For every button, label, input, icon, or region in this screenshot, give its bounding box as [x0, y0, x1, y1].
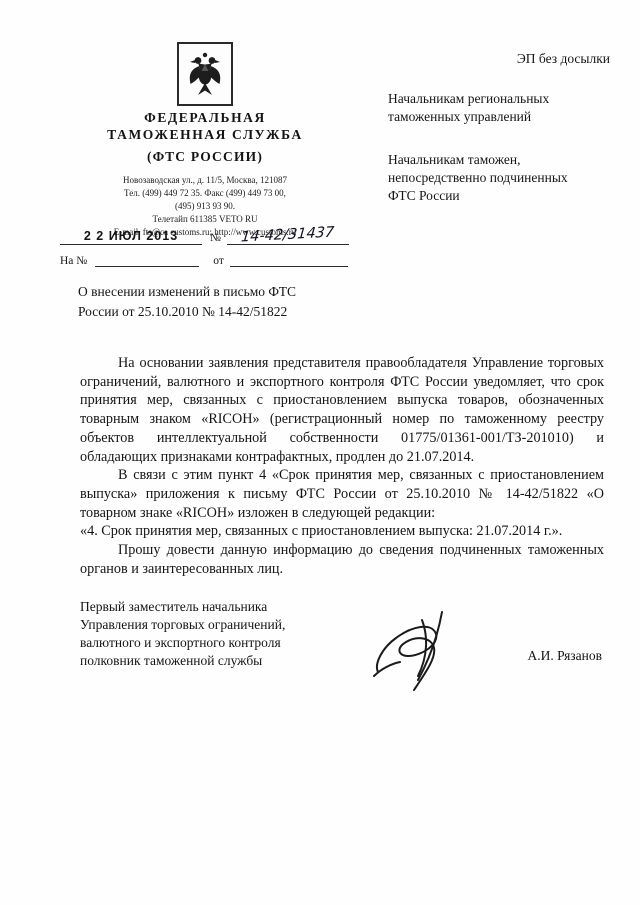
signature-block: Первый заместитель начальника Управления… — [80, 598, 604, 718]
phone-line: Тел. (499) 449 72 35. Факс (499) 449 73 … — [60, 187, 350, 200]
signer-name: А.И. Рязанов — [527, 648, 602, 664]
recipient-line: Начальникам региональных — [388, 90, 610, 108]
letterhead: ФЕДЕРАЛЬНАЯ ТАМОЖЕННАЯ СЛУЖБА (ФТС РОССИ… — [60, 42, 350, 239]
recipients-column: ЭП без досылки Начальникам региональных … — [388, 50, 610, 229]
phone-line2: (495) 913 93 90. — [60, 200, 350, 213]
letter-subject: О внесении изменений в письмо ФТС России… — [78, 282, 358, 323]
reply-date-blank — [230, 255, 348, 267]
subject-line2: России от 25.10.2010 № 14-42/51822 — [78, 302, 358, 322]
address-line: Новозаводская ул., д. 11/5, Москва, 1210… — [60, 174, 350, 187]
body-paragraph-3-quoted-edit: «4. Срок принятия мер, связанных с приос… — [80, 522, 604, 541]
ep-delivery-note: ЭП без досылки — [388, 50, 610, 68]
recipient-line: Начальникам таможен, — [388, 151, 610, 169]
number-sign: № — [210, 232, 221, 244]
double-headed-eagle-icon — [185, 51, 225, 97]
teletype-line: Телетайп 611385 VETO RU — [60, 213, 350, 226]
letter-body: На основании заявления представителя пра… — [80, 354, 604, 578]
scanned-letter-page: ФЕДЕРАЛЬНАЯ ТАМОЖЕННАЯ СЛУЖБА (ФТС РОССИ… — [0, 0, 640, 905]
body-paragraph-4: Прошу довести данную информацию до сведе… — [80, 541, 604, 578]
signer-position: Первый заместитель начальника Управления… — [80, 598, 320, 670]
recipient-regional-administrations: Начальникам региональных таможенных упра… — [388, 90, 610, 126]
org-name-line2: ТАМОЖЕННАЯ СЛУЖБА — [60, 127, 350, 142]
signer-position-line: валютного и экспортного контроля — [80, 634, 320, 652]
handwritten-signature — [370, 606, 485, 706]
subject-line1: О внесении изменений в письмо ФТС — [78, 282, 358, 302]
body-paragraph-2: В связи с этим пункт 4 «Срок принятия ме… — [80, 466, 604, 522]
recipient-line: непосредственно подчиненных — [388, 169, 610, 187]
org-short-name: (ФТС РОССИИ) — [60, 149, 350, 165]
reply-from-label: от — [213, 255, 224, 267]
signer-position-line: Первый заместитель начальника — [80, 598, 320, 616]
date-stamp: 2 2 ИЮЛ 2013 — [60, 229, 202, 245]
reply-number-blank — [95, 255, 199, 267]
coat-of-arms-box — [177, 42, 233, 106]
reply-reference-row: На № от — [60, 255, 360, 267]
date-number-row: 2 2 ИЮЛ 2013 № 14-42/31437 — [60, 228, 360, 245]
outgoing-number-line: 14-42/31437 — [227, 228, 349, 245]
body-paragraph-1: На основании заявления представителя пра… — [80, 354, 604, 466]
recipient-line: ФТС России — [388, 187, 610, 205]
signer-position-line: полковник таможенной службы — [80, 652, 320, 670]
reply-number-label: На № — [60, 255, 87, 267]
recipient-line: таможенных управлений — [388, 108, 610, 126]
signer-position-line: Управления торговых ограничений, — [80, 616, 320, 634]
org-name-line1: ФЕДЕРАЛЬНАЯ — [60, 110, 350, 125]
recipient-customs-heads: Начальникам таможен, непосредственно под… — [388, 151, 610, 206]
outgoing-number-handwritten: 14-42/31437 — [241, 225, 335, 246]
reference-block: 2 2 ИЮЛ 2013 № 14-42/31437 На № от — [60, 228, 360, 267]
